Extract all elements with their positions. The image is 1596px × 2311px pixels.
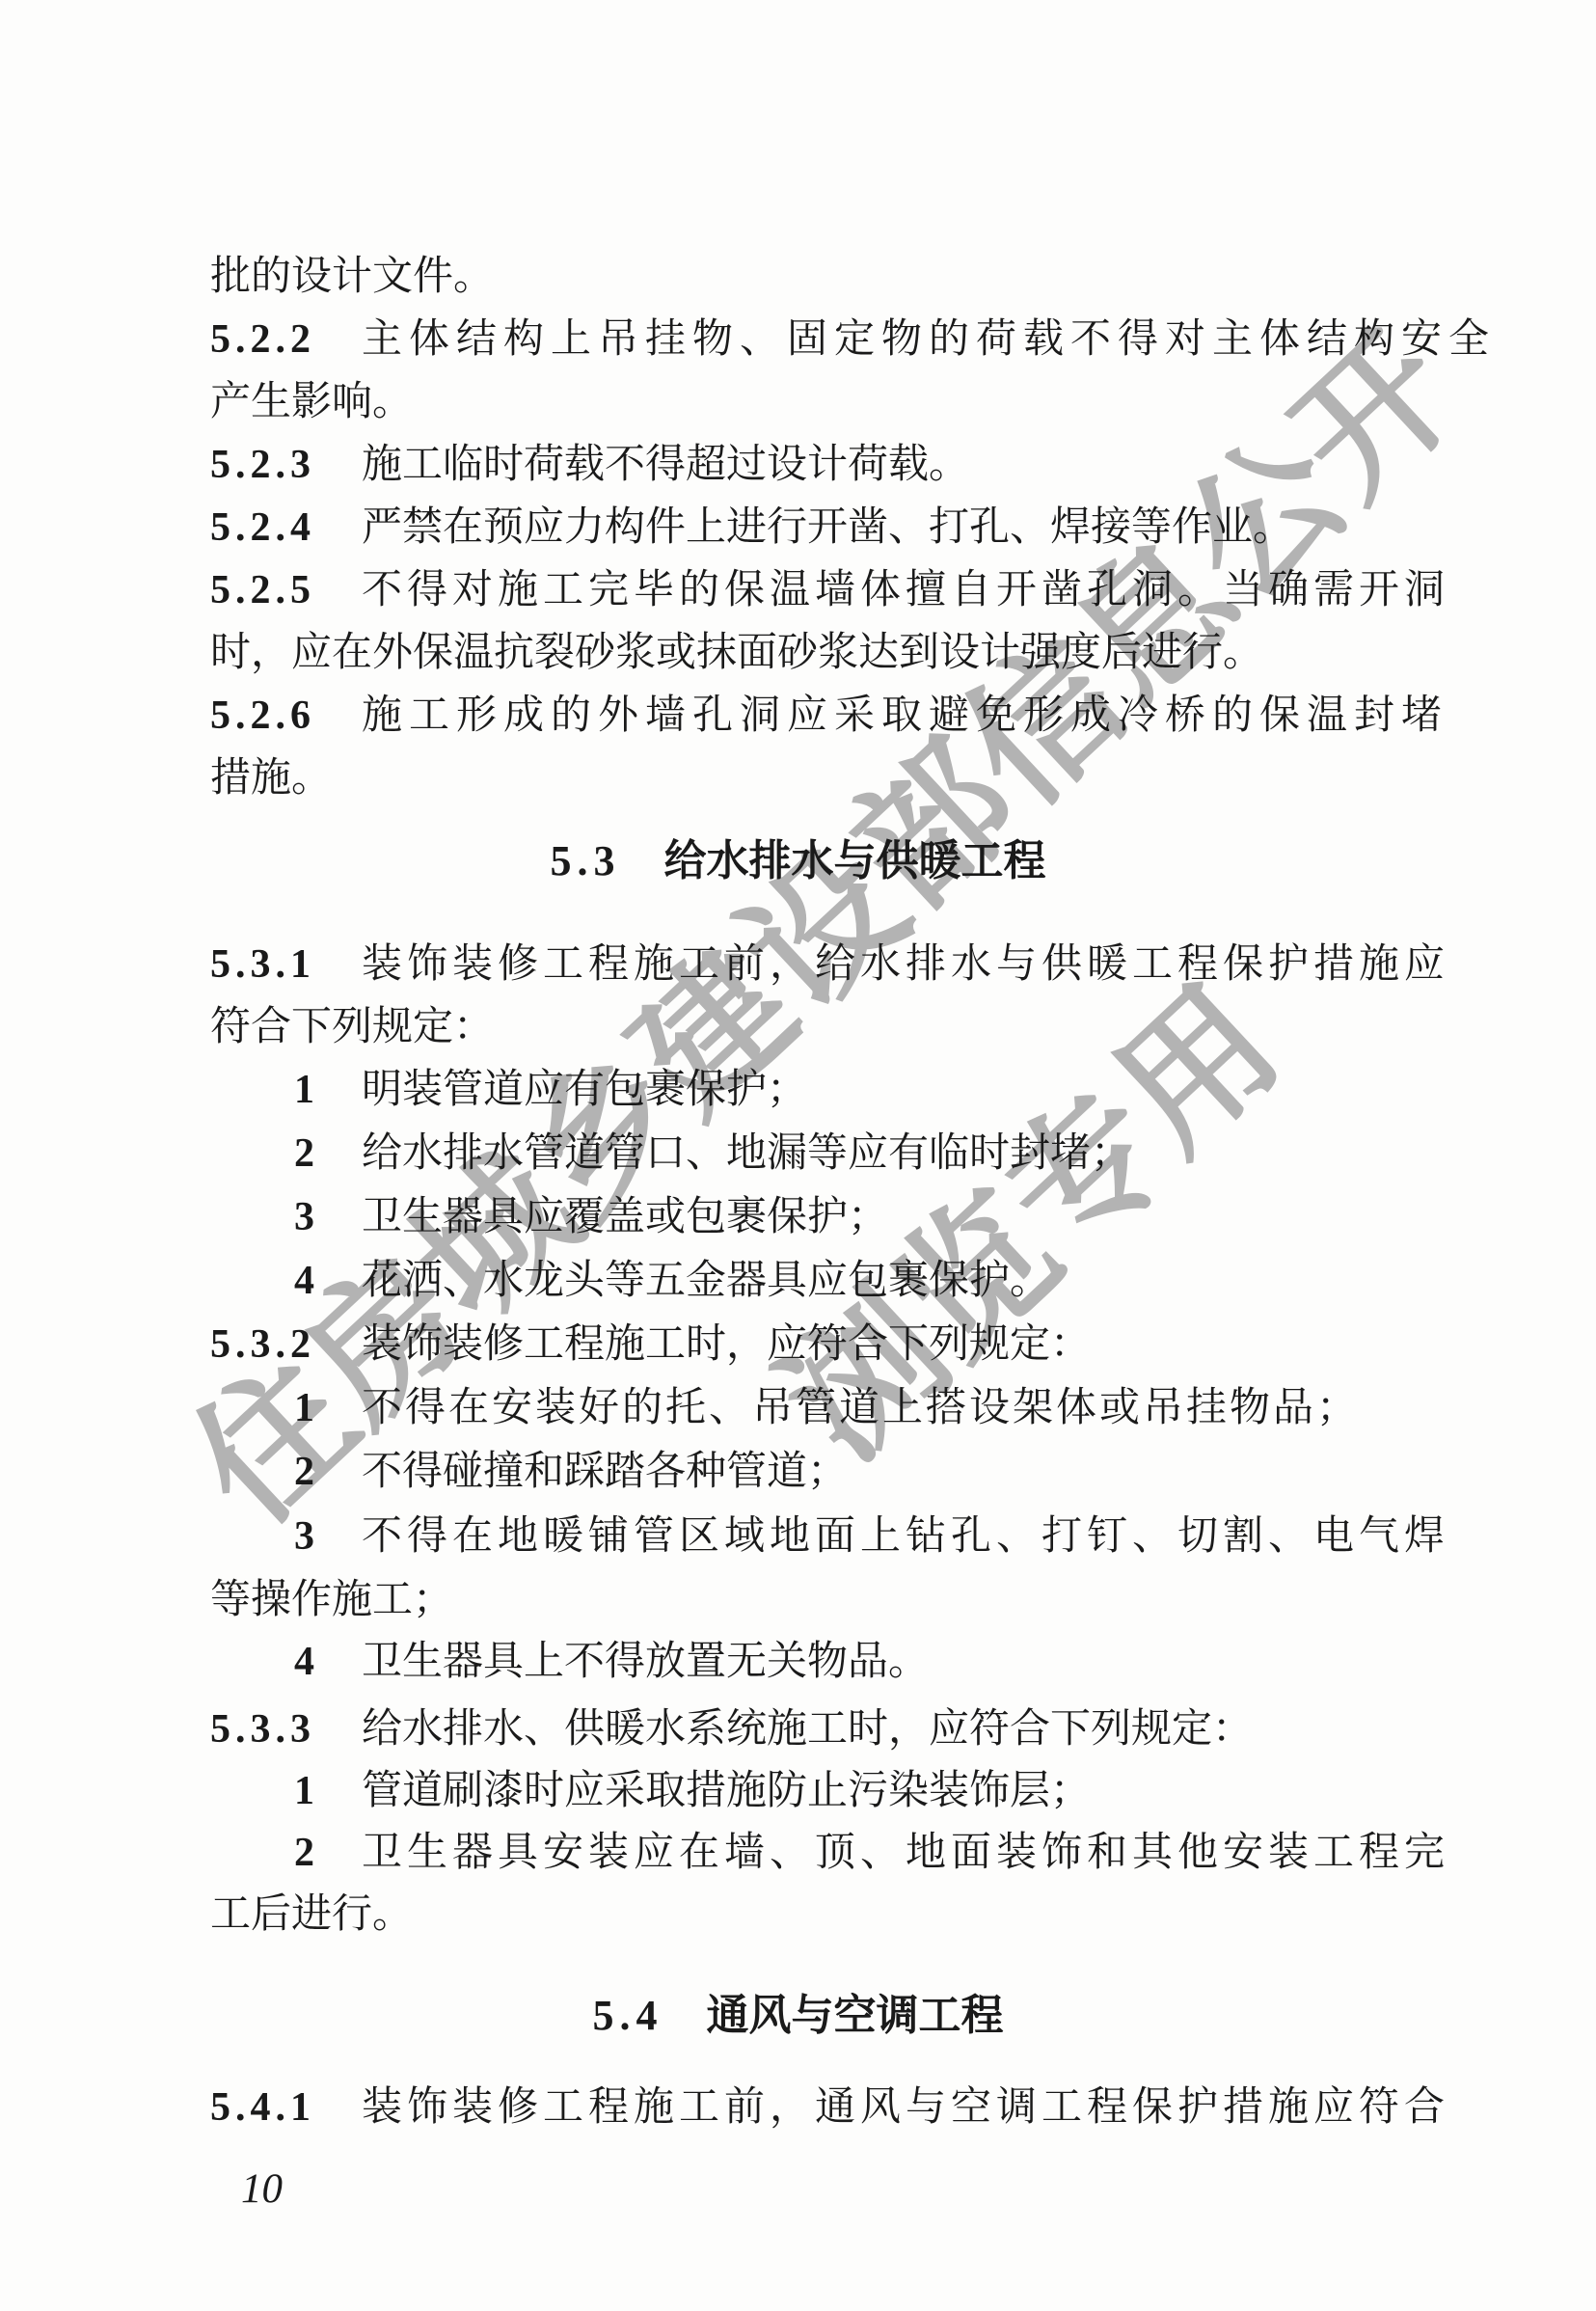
text-line: 批的设计文件。	[210, 245, 494, 309]
clause-number: 5.3.2	[210, 1313, 362, 1376]
list-item-line: 1不得在安装好的托、吊管道上搭设架体或吊挂物品；	[294, 1376, 1360, 1440]
clause-number: 5.2.4	[210, 496, 362, 559]
line-text: 措施。	[210, 756, 332, 801]
page-content: 批的设计文件。5.2.2主体结构上吊挂物、固定物的荷载不得对主体结构安全产生影响…	[0, 0, 1596, 2311]
clause-number: 5.2.3	[210, 433, 362, 497]
text-line: 工后进行。	[210, 1883, 413, 1946]
text-line: 时，应在外保温抗裂砂浆或抹面砂浆达到设计强度后进行。	[210, 621, 1263, 685]
line-text: 明装管道应有包裹保护；	[362, 1068, 807, 1112]
clause-line: 5.3.1装饰装修工程施工前，给水排水与供暖工程保护措施应	[210, 933, 1449, 996]
clause-number: 4	[294, 1249, 362, 1313]
text-line: 产生影响。	[210, 370, 413, 434]
clause-number: 1	[294, 1759, 362, 1823]
list-item-line: 1明装管道应有包裹保护；	[294, 1058, 807, 1122]
heading-number: 5.4	[593, 1992, 663, 2039]
clause-number: 5.2.6	[210, 684, 362, 748]
line-text: 装饰装修工程施工前，给水排水与供暖工程保护措施应	[362, 942, 1449, 987]
line-text: 施工形成的外墙孔洞应采取避免形成冷桥的保温封堵	[362, 693, 1448, 738]
list-item-line: 2不得碰撞和踩踏各种管道；	[294, 1440, 848, 1504]
line-text: 给水排水管道管口、地漏等应有临时封堵；	[362, 1131, 1131, 1176]
clause-number: 2	[294, 1122, 362, 1185]
clause-line: 5.2.2主体结构上吊挂物、固定物的荷载不得对主体结构安全	[210, 308, 1496, 371]
list-item-line: 3卫生器具应覆盖或包裹保护；	[294, 1185, 888, 1249]
clause-number: 5.2.2	[210, 308, 362, 371]
line-text: 时，应在外保温抗裂砂浆或抹面砂浆达到设计强度后进行。	[210, 631, 1263, 675]
line-text: 等操作施工；	[210, 1578, 453, 1622]
clause-number: 4	[294, 1630, 362, 1694]
clause-line: 5.2.5不得对施工完毕的保温墙体擅自开凿孔洞。当确需开洞	[210, 558, 1449, 622]
line-text: 主体结构上吊挂物、固定物的荷载不得对主体结构安全	[362, 317, 1496, 362]
clause-line: 5.2.6施工形成的外墙孔洞应采取避免形成冷桥的保温封堵	[210, 684, 1448, 748]
line-text: 不得在安装好的托、吊管道上搭设架体或吊挂物品；	[362, 1386, 1360, 1430]
clause-line: 5.3.2装饰装修工程施工时，应符合下列规定：	[210, 1313, 1091, 1376]
clause-line: 5.2.4严禁在预应力构件上进行开凿、打孔、焊接等作业。	[210, 496, 1293, 559]
document-page: 住房城乡建设部信息公开 浏览专用 批的设计文件。5.2.2主体结构上吊挂物、固定…	[0, 0, 1596, 2311]
line-text: 通风与空调工程	[707, 1992, 1004, 2039]
list-item-line: 4卫生器具上不得放置无关物品。	[294, 1630, 929, 1694]
clause-number: 3	[294, 1185, 362, 1249]
line-text: 不得碰撞和踩踏各种管道；	[362, 1450, 848, 1494]
section-heading: 5.3给水排水与供暖工程	[0, 829, 1596, 893]
clause-number: 3	[294, 1505, 362, 1568]
clause-number: 5.3.1	[210, 933, 362, 996]
section-heading: 5.4通风与空调工程	[0, 1984, 1596, 2048]
page-number: 10	[241, 2158, 283, 2221]
line-text: 卫生器具安装应在墙、顶、地面装饰和其他安装工程完	[362, 1831, 1449, 1875]
line-text: 严禁在预应力构件上进行开凿、打孔、焊接等作业。	[362, 505, 1293, 550]
line-text: 管道刷漆时应采取措施防止污染装饰层；	[362, 1769, 1091, 1813]
clause-number: 5.4.1	[210, 2076, 362, 2139]
clause-number: 1	[294, 1376, 362, 1440]
line-text: 施工临时荷载不得超过设计荷载。	[362, 443, 969, 487]
clause-number: 2	[294, 1440, 362, 1504]
line-text: 装饰装修工程施工时，应符合下列规定：	[362, 1322, 1091, 1367]
clause-number: 2	[294, 1821, 362, 1885]
text-line: 等操作施工；	[210, 1568, 453, 1632]
line-text: 不得对施工完毕的保温墙体擅自开凿孔洞。当确需开洞	[362, 568, 1449, 612]
line-text: 卫生器具上不得放置无关物品。	[362, 1640, 929, 1684]
clause-number: 5.3.3	[210, 1698, 362, 1761]
line-text: 批的设计文件。	[210, 255, 494, 299]
line-text: 给水排水、供暖水系统施工时，应符合下列规定：	[362, 1707, 1253, 1752]
list-item-line: 2给水排水管道管口、地漏等应有临时封堵；	[294, 1122, 1131, 1185]
clause-line: 5.2.3施工临时荷载不得超过设计荷载。	[210, 433, 969, 497]
line-text: 卫生器具应覆盖或包裹保护；	[362, 1195, 888, 1239]
list-item-line: 4花洒、水龙头等五金器具应包裹保护。	[294, 1249, 1050, 1313]
list-item-line: 2卫生器具安装应在墙、顶、地面装饰和其他安装工程完	[294, 1821, 1449, 1885]
clause-number: 1	[294, 1058, 362, 1122]
line-text: 工后进行。	[210, 1892, 413, 1937]
line-text: 产生影响。	[210, 380, 413, 424]
line-text: 给水排水与供暖工程	[664, 837, 1046, 884]
heading-number: 5.3	[551, 837, 621, 884]
list-item-line: 3不得在地暖铺管区域地面上钻孔、打钉、切割、电气焊	[294, 1505, 1449, 1568]
text-line: 符合下列规定：	[210, 995, 494, 1059]
line-text: 不得在地暖铺管区域地面上钻孔、打钉、切割、电气焊	[362, 1514, 1449, 1559]
clause-line: 5.3.3给水排水、供暖水系统施工时，应符合下列规定：	[210, 1698, 1253, 1761]
line-text: 装饰装修工程施工前，通风与空调工程保护措施应符合	[362, 2085, 1449, 2130]
line-text: 花洒、水龙头等五金器具应包裹保护。	[362, 1259, 1050, 1303]
text-line: 措施。	[210, 747, 332, 810]
clause-number: 5.2.5	[210, 558, 362, 622]
list-item-line: 1管道刷漆时应采取措施防止污染装饰层；	[294, 1759, 1091, 1823]
clause-line: 5.4.1装饰装修工程施工前，通风与空调工程保护措施应符合	[210, 2076, 1449, 2139]
line-text: 符合下列规定：	[210, 1005, 494, 1049]
